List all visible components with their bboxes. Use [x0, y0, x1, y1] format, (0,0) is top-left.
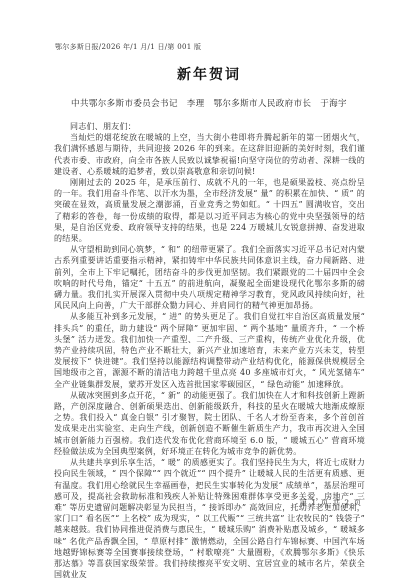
publication-meta: 鄂尔多斯日报/2026 年/1 月/1 日/第 001 版 — [55, 42, 364, 52]
salutation: 同志们、朋友们： — [54, 121, 365, 132]
paragraph-3: 从守望相助到同心筑梦，“ 和” 的纽带更紧了。我们全面落实习近平总书记对内蒙古系… — [54, 244, 365, 311]
page-number: 第 1 页 共 2 页 — [300, 497, 362, 508]
paragraph-5: 从破冰突围到多点开花，“ 新” 的动能更强了。我们加快在人才和科技创新上蹚新路，… — [54, 390, 365, 457]
paragraph-4: 从多能互补到多元发展，“ 进” 的势头更足了。我们自觉扛牢自治区高质量发展“ 排… — [54, 311, 365, 389]
article-body: 同志们、朋友们： 当灿烂的烟花绽放在暖城的上空，当大街小巷即将升腾起新年的第一团… — [54, 121, 365, 580]
page-title: 新年贺词 — [54, 64, 364, 84]
paragraph-1: 当灿烂的烟花绽放在暖城的上空，当大街小巷即将升腾起新年的第一团烟火气，我们满怀感… — [54, 132, 365, 177]
paragraph-2: 刚刚过去的 2025 年，是承压前行、成就不凡的一年，也是硕果盈枝、亮点纷呈的一… — [54, 177, 365, 244]
document-page: 鄂尔多斯日报/2026 年/1 月/1 日/第 001 版 新年贺词 中共鄂尔多… — [0, 0, 410, 580]
byline: 中共鄂尔多斯市委员会书记 李理 鄂尔多斯市人民政府市长 于海宇 — [54, 97, 364, 109]
paragraph-6: 从共建共享到乐享生活，“ 暖” 的质感更实了。我们坚持民生为大，将近七成财力投向… — [54, 457, 365, 580]
